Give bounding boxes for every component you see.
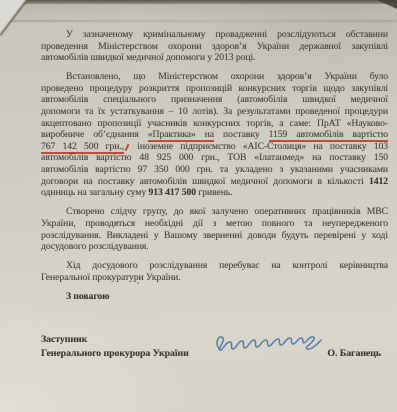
text-segment: автомобілів швидкої медичної допомоги у … bbox=[41, 52, 255, 63]
text-segment: поставку bbox=[214, 129, 269, 140]
signer-name: О. Баганець bbox=[327, 347, 388, 360]
text-line: одиниць на загальну суму 913 417 500 гри… bbox=[41, 187, 388, 199]
text-segment: розслідування. Викладені у Вашому зверне… bbox=[41, 230, 388, 241]
text-segment: Хід досудового розслідування перебуває н… bbox=[66, 260, 388, 271]
text-line: акцептовано пропозиції учасників конкурс… bbox=[41, 118, 388, 130]
paper-crease bbox=[0, 20, 397, 22]
text-line: розслідування. Викладені у Вашому зверне… bbox=[41, 230, 388, 242]
bold-text: 1412 bbox=[369, 176, 388, 187]
text-line: автомобілів вартістю 97 350 000 грн. та … bbox=[41, 164, 388, 176]
text-line: 767 142 500 грн., іноземне підприємство … bbox=[41, 141, 388, 153]
text-segment: одиниць на загальну суму bbox=[41, 187, 148, 198]
text-line: виробниче об’єднання «Практика» на поста… bbox=[41, 129, 388, 141]
bold-text: 913 417 500 bbox=[148, 187, 196, 198]
text-segment: автомобілів вартістю 97 350 000 грн. та … bbox=[41, 164, 388, 175]
red-tick-mark bbox=[125, 144, 130, 151]
text-segment: іноземне підприємство «АІС-Столиця» на п… bbox=[130, 141, 388, 152]
text-line: проведено процедуру розкриття пропозицій… bbox=[41, 83, 388, 95]
text-segment: гривень. bbox=[196, 187, 233, 198]
text-line: автомобілів вартістю 48 925 000 грн., ТО… bbox=[41, 152, 388, 164]
photographed-letter: У зазначеному кримінальному провадженні … bbox=[0, 0, 397, 412]
text-line: Встановлено, що Міністерством охорони зд… bbox=[41, 71, 388, 83]
text-segment: Встановлено, що Міністерством охорони зд… bbox=[66, 71, 388, 82]
closing-salutation: З повагою bbox=[41, 291, 388, 303]
text-segment: автомобілів вартістю 48 925 000 грн., ТО… bbox=[41, 152, 388, 163]
text-segment: договори на поставку автомобілів швидкої… bbox=[41, 176, 369, 187]
paragraph: Створено слідчу групу, до якої залучено … bbox=[41, 206, 388, 252]
text-line: України, проводяться необхідні дії з мет… bbox=[41, 218, 388, 230]
text-segment: Створено слідчу групу, до якої залучено … bbox=[66, 206, 388, 217]
text-segment: У зазначеному кримінальному провадженні … bbox=[66, 29, 388, 40]
text-line: допомоги та їх устаткування – 10 лотів).… bbox=[41, 106, 388, 118]
text-segment: автомобілів спеціального призначення (ав… bbox=[41, 94, 388, 105]
signer-title-line2: Генерального прокурора України bbox=[41, 347, 189, 360]
text-segment: Генеральної прокуратури України. bbox=[41, 272, 181, 283]
photo-corner-shadow bbox=[377, 0, 397, 9]
photo-top-edge bbox=[0, 0, 397, 4]
text-line: договори на поставку автомобілів швидкої… bbox=[41, 176, 388, 188]
letter-paragraphs: У зазначеному кримінальному провадженні … bbox=[41, 29, 388, 283]
text-line: Генеральної прокуратури України. bbox=[41, 272, 388, 284]
paragraph: Встановлено, що Міністерством охорони зд… bbox=[41, 71, 388, 199]
text-segment: допомоги та їх устаткування – 10 лотів).… bbox=[41, 106, 388, 117]
text-line: Створено слідчу групу, до якої залучено … bbox=[41, 206, 388, 218]
text-line: досудового розслідування. bbox=[41, 241, 388, 253]
signer-title-line1: Заступник bbox=[41, 333, 189, 346]
text-segment: виробниче об’єднання bbox=[41, 129, 148, 140]
text-segment: проведення Міністерством охорони здоров’… bbox=[41, 41, 388, 52]
text-segment: досудового розслідування. bbox=[41, 241, 149, 252]
text-segment: України, проводяться необхідні дії з мет… bbox=[41, 218, 388, 229]
text-line: проведення Міністерством охорони здоров’… bbox=[41, 41, 388, 53]
text-line: автомобілів швидкої медичної допомоги у … bbox=[41, 52, 388, 64]
handwritten-signature-icon bbox=[205, 329, 325, 359]
text-line: У зазначеному кримінальному провадженні … bbox=[41, 29, 388, 41]
letter-body: У зазначеному кримінальному провадженні … bbox=[41, 29, 388, 360]
text-segment: акцептовано пропозиції учасників конкурс… bbox=[41, 118, 388, 129]
text-segment: проведено процедуру розкриття пропозицій… bbox=[41, 83, 388, 94]
signer-title: Заступник Генерального прокурора України bbox=[41, 333, 189, 359]
text-line: Хід досудового розслідування перебуває н… bbox=[41, 260, 388, 272]
paragraph: Хід досудового розслідування перебуває н… bbox=[41, 260, 388, 283]
text-line: автомобілів спеціального призначення (ав… bbox=[41, 94, 388, 106]
paragraph: У зазначеному кримінальному провадженні … bbox=[41, 29, 388, 64]
